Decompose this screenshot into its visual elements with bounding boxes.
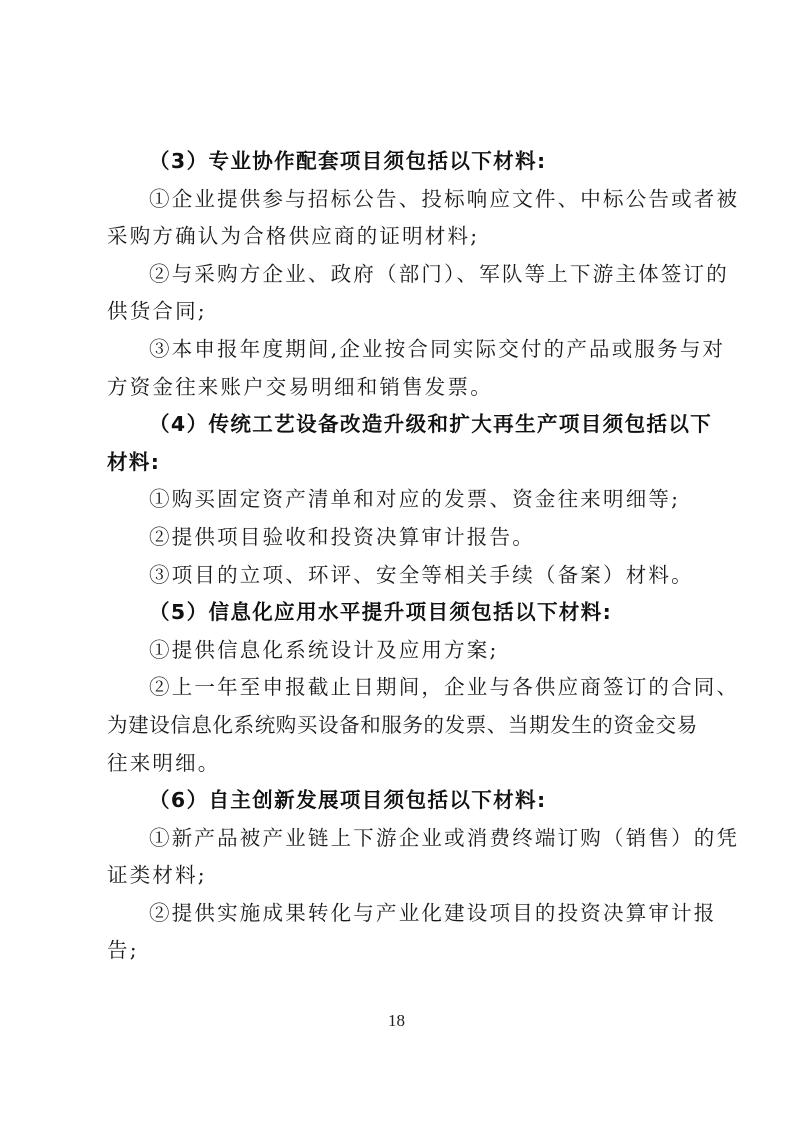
list-item-line: 证类材料; [107, 857, 693, 895]
page-number: 18 [0, 1011, 793, 1031]
list-item-line: 方资金往来账户交易明细和销售发票。 [107, 369, 693, 407]
list-item-line: 为建设信息化系统购买设备和服务的发票、当期发生的资金交易 [107, 707, 693, 745]
list-item-line: ②上一年至申报截止日期间，企业与各供应商签订的合同、 [107, 669, 693, 707]
list-item-line: 供货合同; [107, 293, 693, 331]
list-item-line: ①新产品被产业链上下游企业或消费终端订购（销售）的凭 [107, 820, 693, 858]
section-heading-6: （6）自主创新发展项目须包括以下材料: [107, 782, 693, 820]
list-item-line: 往来明细。 [107, 745, 693, 783]
list-item-line: 告; [107, 932, 693, 970]
document-page: （3）专业协作配套项目须包括以下材料: ①企业提供参与招标公告、投标响应文件、中… [107, 143, 693, 970]
section-heading-5: （5）信息化应用水平提升项目须包括以下材料: [107, 594, 693, 632]
list-item-line: ①购买固定资产清单和对应的发票、资金往来明细等; [107, 481, 693, 519]
list-item-line: ②与采购方企业、政府（部门）、军队等上下游主体签订的 [107, 256, 693, 294]
section-heading-4: （4）传统工艺设备改造升级和扩大再生产项目须包括以下 [107, 406, 693, 444]
list-item-line: ①提供信息化系统设计及应用方案; [107, 632, 693, 670]
list-item-line: ①企业提供参与招标公告、投标响应文件、中标公告或者被 [107, 181, 693, 219]
list-item-line: ②提供项目验收和投资决算审计报告。 [107, 519, 693, 557]
list-item-line: 采购方确认为合格供应商的证明材料; [107, 218, 693, 256]
list-item-line: ③本申报年度期间,企业按合同实际交付的产品或服务与对 [107, 331, 693, 369]
list-item-line: ③项目的立项、环评、安全等相关手续（备案）材料。 [107, 557, 693, 595]
section-heading-4-cont: 材料: [107, 444, 693, 482]
section-heading-3: （3）专业协作配套项目须包括以下材料: [107, 143, 693, 181]
list-item-line: ②提供实施成果转化与产业化建设项目的投资决算审计报 [107, 895, 693, 933]
